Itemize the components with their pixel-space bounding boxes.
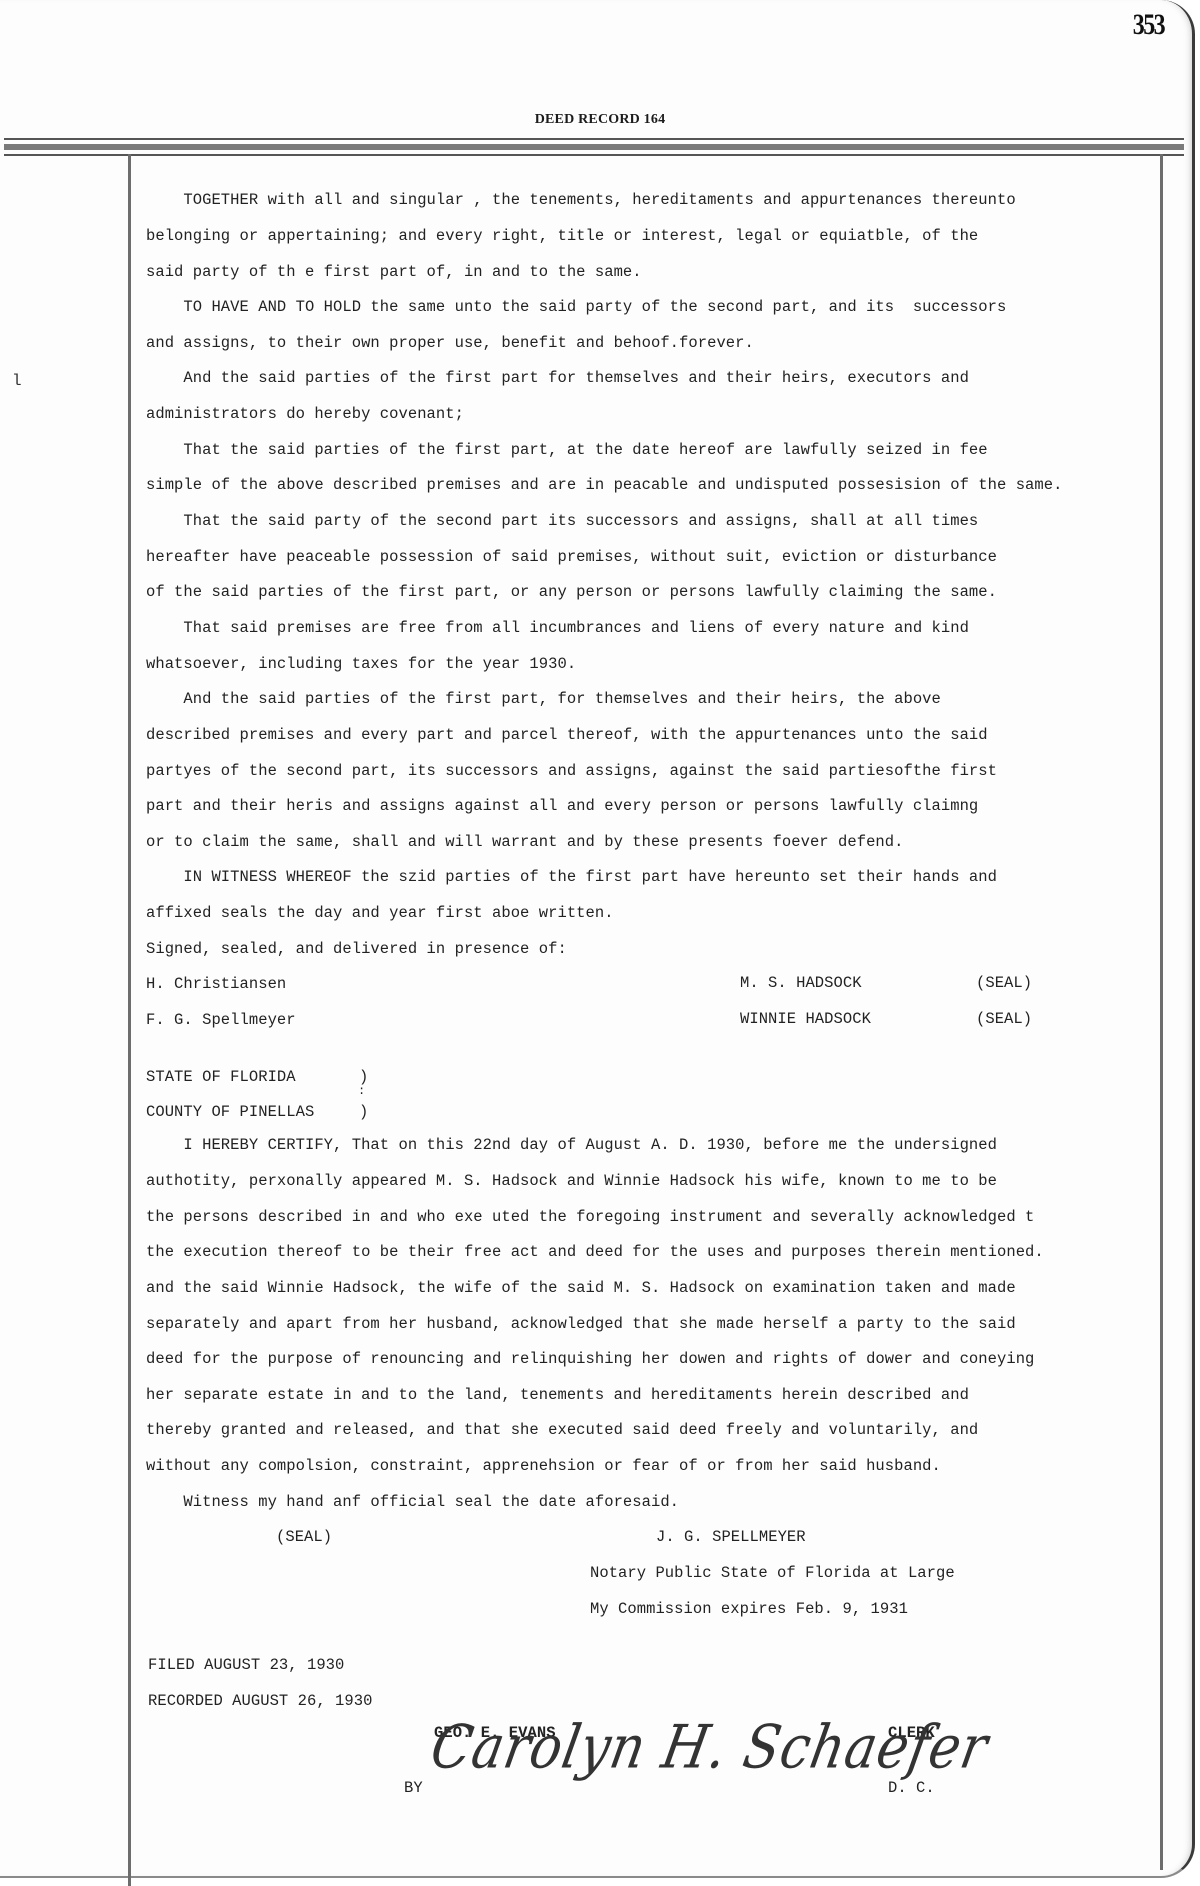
acknowledgment-line: her separate estate in and to the land, … xyxy=(146,1386,969,1404)
body-line: belonging or appertaining; and every rig… xyxy=(146,227,978,245)
venue-bracket: : xyxy=(358,1084,365,1098)
margin-mark: l xyxy=(12,372,22,390)
deed-page: 353 DEED RECORD 164 l TOGETHER with all … xyxy=(0,0,1195,1878)
body-line: simple of the above described premises a… xyxy=(146,476,1062,494)
filed-date: FILED AUGUST 23, 1930 xyxy=(148,1656,344,1674)
witness-name: F. G. Spellmeyer xyxy=(146,1011,296,1029)
body-line: partyes of the second part, its successo… xyxy=(146,762,997,780)
acknowledgment-line: I HEREBY CERTIFY, That on this 22nd day … xyxy=(146,1136,997,1154)
notary-title: Notary Public State of Florida at Large xyxy=(590,1564,955,1582)
by-label: BY xyxy=(404,1779,423,1797)
grantor-name: M. S. HADSOCK xyxy=(740,974,862,992)
body-line: affixed seals the day and year first abo… xyxy=(146,904,614,922)
body-line: That the said party of the second part i… xyxy=(146,512,978,530)
acknowledgment-line: deed for the purpose of renouncing and r… xyxy=(146,1350,1034,1368)
left-margin-rule xyxy=(128,154,131,1886)
venue-county: COUNTY OF PINELLAS xyxy=(146,1103,314,1121)
body-line: And the said parties of the first part f… xyxy=(146,369,969,387)
body-line: whatsoever, including taxes for the year… xyxy=(146,655,576,673)
notary-commission: My Commission expires Feb. 9, 1931 xyxy=(590,1600,908,1618)
body-line: described premises and every part and pa… xyxy=(146,726,988,744)
deputy-clerk-signature: Carolyn H. Schaefer xyxy=(426,1714,994,1783)
header-rule-thick xyxy=(4,144,1184,150)
body-line: TOGETHER with all and singular , the ten… xyxy=(146,191,1016,209)
body-line: That the said parties of the first part,… xyxy=(146,441,988,459)
grantor-seal: (SEAL) xyxy=(976,1010,1032,1028)
acknowledgment-line: the persons described in and who exe ute… xyxy=(146,1208,1034,1226)
venue-bracket: ) xyxy=(359,1103,368,1121)
body-line: and assigns, to their own proper use, be… xyxy=(146,334,754,352)
notary-seal: (SEAL) xyxy=(276,1528,332,1546)
venue-state: STATE OF FLORIDA xyxy=(146,1068,296,1086)
acknowledgment-line: authotity, perxonally appeared M. S. Had… xyxy=(146,1172,997,1190)
body-line: of the said parties of the first part, o… xyxy=(146,583,997,601)
notary-name: J. G. SPELLMEYER xyxy=(656,1528,806,1546)
body-line: And the said parties of the first part, … xyxy=(146,690,941,708)
body-line: said party of th e first part of, in and… xyxy=(146,263,642,281)
acknowledgment-line: without any compolsion, constraint, appr… xyxy=(146,1457,941,1475)
right-margin-rule xyxy=(1160,154,1163,1870)
record-book-title: DEED RECORD 164 xyxy=(0,112,1200,128)
body-line: administrators do hereby covenant; xyxy=(146,405,464,423)
grantor-name: WINNIE HADSOCK xyxy=(740,1010,871,1028)
acknowledgment-line: the execution thereof to be their free a… xyxy=(146,1243,1044,1261)
page-number: 353 xyxy=(1133,8,1164,42)
acknowledgment-line: thereby granted and released, and that s… xyxy=(146,1421,978,1439)
body-line: or to claim the same, shall and will war… xyxy=(146,833,903,851)
header-rule-thin-top xyxy=(4,138,1184,140)
acknowledgment-line: Witness my hand anf official seal the da… xyxy=(146,1493,679,1511)
recorded-date: RECORDED AUGUST 26, 1930 xyxy=(148,1692,372,1710)
grantor-seal: (SEAL) xyxy=(976,974,1032,992)
body-line: Signed, sealed, and delivered in presenc… xyxy=(146,940,567,958)
acknowledgment-line: separately and apart from her husband, a… xyxy=(146,1315,1016,1333)
body-line: TO HAVE AND TO HOLD the same unto the sa… xyxy=(146,298,1006,316)
deputy-title: D. C. xyxy=(888,1779,935,1797)
header-rule-thin-bottom xyxy=(4,154,1184,156)
body-line: That said premises are free from all inc… xyxy=(146,619,969,637)
witness-name: H. Christiansen xyxy=(146,975,286,993)
body-line: hereafter have peaceable possession of s… xyxy=(146,548,997,566)
acknowledgment-line: and the said Winnie Hadsock, the wife of… xyxy=(146,1279,1016,1297)
body-line: part and their heris and assigns against… xyxy=(146,797,978,815)
body-line: IN WITNESS WHEREOF the szid parties of t… xyxy=(146,868,997,886)
